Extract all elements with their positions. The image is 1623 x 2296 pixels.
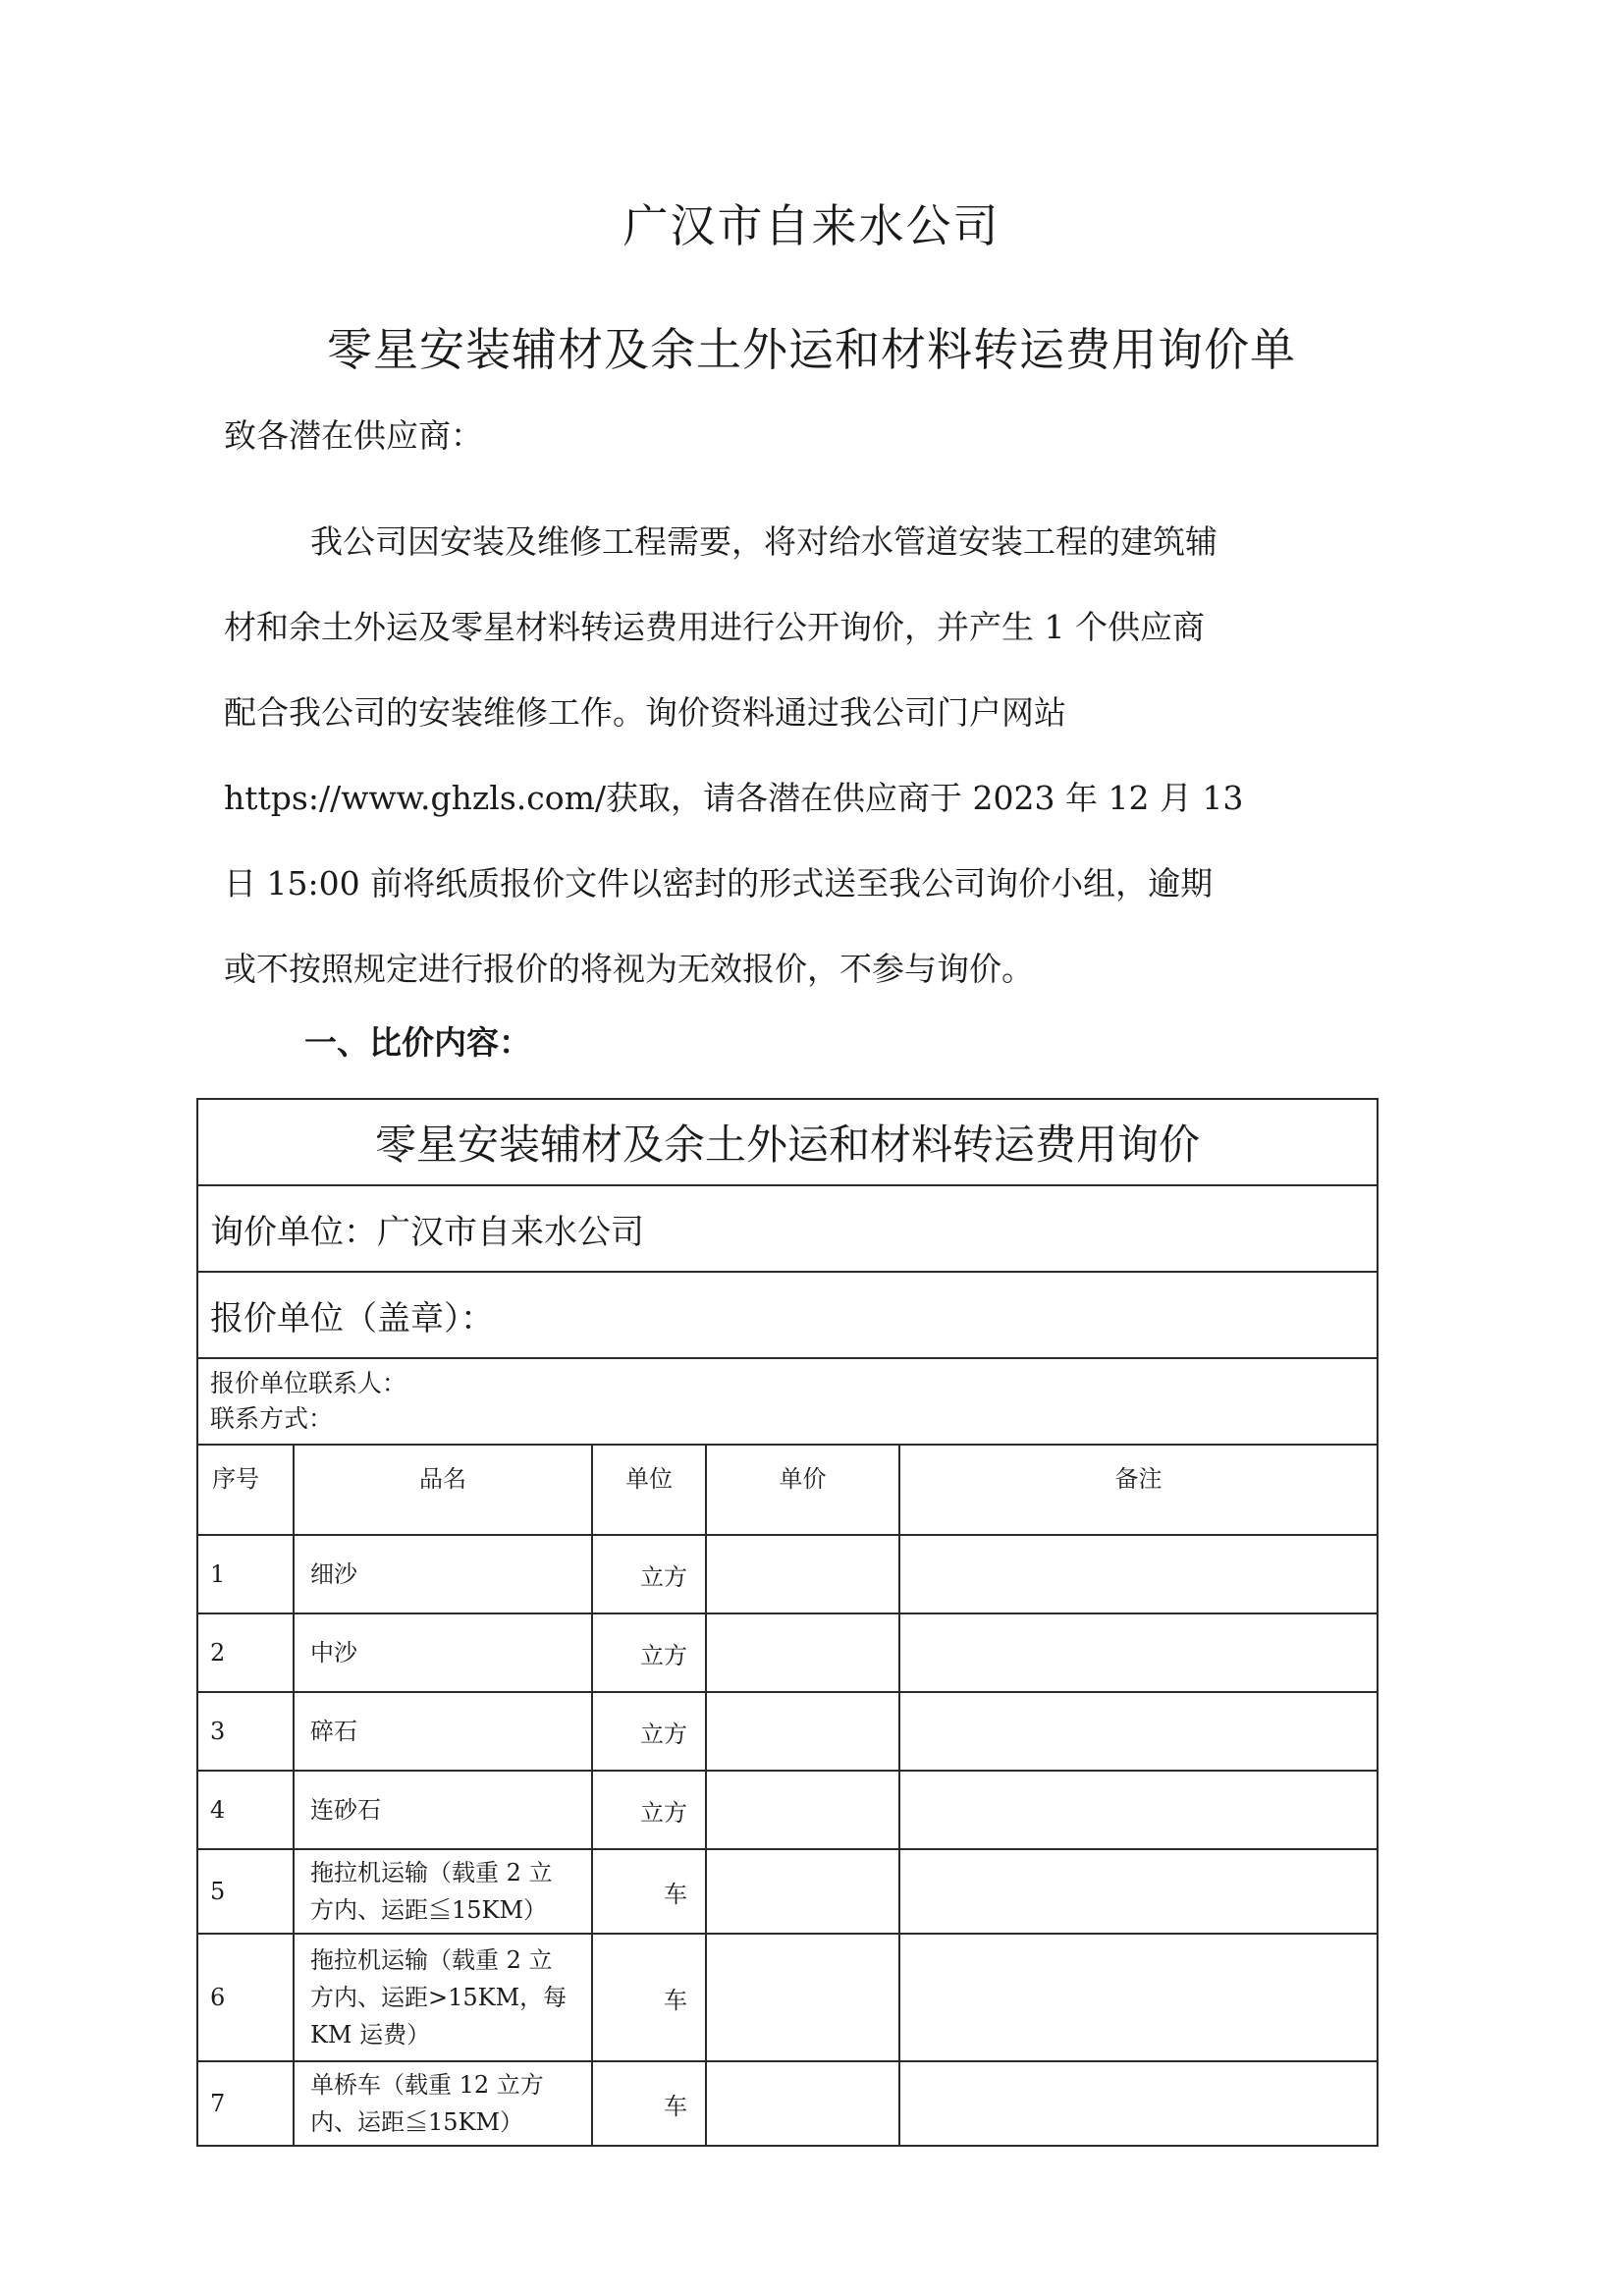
quote-unit-field[interactable]: 报价单位（盖章）： — [197, 1272, 1378, 1358]
item-name-line: 拖拉机运输（载重 2 立 — [310, 1941, 591, 1979]
table-row: 1 细沙 立方 — [197, 1535, 1378, 1613]
row-item-name: 单桥车（载重 12 立方 内、运距≦15KM） — [294, 2061, 592, 2146]
paragraph-line: 或不按照规定进行报价的将视为无效报价，不参与询价。 — [224, 926, 1373, 1011]
intro-paragraph: 我公司因安装及维修工程需要，将对给水管道安装工程的建筑辅 材和余土外运及零星材料… — [224, 499, 1373, 1011]
row-seq: 3 — [197, 1692, 294, 1771]
table-row: 6 拖拉机运输（载重 2 立 方内、运距>15KM，每 KM 运费） 车 — [197, 1934, 1378, 2061]
inquiry-unit-field: 询价单位：广汉市自来水公司 — [197, 1185, 1378, 1272]
item-name-line: 方内、运距≦15KM） — [310, 1891, 591, 1929]
row-price-cell[interactable] — [706, 1692, 899, 1771]
row-seq: 5 — [197, 1849, 294, 1934]
row-seq: 1 — [197, 1535, 294, 1613]
row-unit: 车 — [592, 2061, 706, 2146]
row-remark-cell[interactable] — [899, 2061, 1378, 2146]
row-unit: 立方 — [592, 1613, 706, 1692]
company-title: 广汉市自来水公司 — [0, 196, 1623, 255]
column-header-seq: 序号 — [197, 1445, 294, 1535]
item-name-line: 单桥车（载重 12 立方 — [310, 2066, 591, 2104]
paragraph-line: 日 15:00 前将纸质报价文件以密封的形式送至我公司询价小组，逾期 — [224, 841, 1373, 926]
column-header-unit: 单位 — [592, 1445, 706, 1535]
table-row: 3 碎石 立方 — [197, 1692, 1378, 1771]
document-title: 零星安装辅材及余土外运和材料转运费用询价单 — [0, 320, 1623, 379]
row-remark-cell[interactable] — [899, 1849, 1378, 1934]
table-row: 5 拖拉机运输（载重 2 立 方内、运距≦15KM） 车 — [197, 1849, 1378, 1934]
column-header-remark: 备注 — [899, 1445, 1378, 1535]
row-price-cell[interactable] — [706, 1849, 899, 1934]
row-unit: 车 — [592, 1934, 706, 2061]
form-caption: 零星安装辅材及余土外运和材料转运费用询价 — [197, 1099, 1378, 1185]
column-header-name: 品名 — [294, 1445, 592, 1535]
table-header-row: 序号 品名 单位 单价 备注 — [197, 1445, 1378, 1535]
row-seq: 2 — [197, 1613, 294, 1692]
document-page: 广汉市自来水公司 零星安装辅材及余土外运和材料转运费用询价单 致各潜在供应商： … — [0, 0, 1623, 2296]
row-seq: 7 — [197, 2061, 294, 2146]
row-item-name: 碎石 — [294, 1692, 592, 1771]
row-price-cell[interactable] — [706, 1771, 899, 1849]
paragraph-line: 我公司因安装及维修工程需要，将对给水管道安装工程的建筑辅 — [224, 499, 1373, 584]
row-price-cell[interactable] — [706, 2061, 899, 2146]
row-remark-cell[interactable] — [899, 1934, 1378, 2061]
row-seq: 4 — [197, 1771, 294, 1849]
inquiry-form-table: 零星安装辅材及余土外运和材料转运费用询价 询价单位：广汉市自来水公司 报价单位（… — [196, 1098, 1379, 2147]
row-remark-cell[interactable] — [899, 1771, 1378, 1849]
table-row: 2 中沙 立方 — [197, 1613, 1378, 1692]
row-seq: 6 — [197, 1934, 294, 2061]
row-unit: 立方 — [592, 1535, 706, 1613]
row-item-name: 连砂石 — [294, 1771, 592, 1849]
paragraph-line: 配合我公司的安装维修工作。询价资料通过我公司门户网站 — [224, 670, 1373, 755]
row-price-cell[interactable] — [706, 1934, 899, 2061]
row-unit: 立方 — [592, 1771, 706, 1849]
row-item-name: 中沙 — [294, 1613, 592, 1692]
salutation: 致各潜在供应商： — [224, 414, 483, 458]
row-remark-cell[interactable] — [899, 1692, 1378, 1771]
row-remark-cell[interactable] — [899, 1535, 1378, 1613]
contact-method-label: 联系方式： — [210, 1401, 1377, 1437]
table-row: 4 连砂石 立方 — [197, 1771, 1378, 1849]
item-name-line: 内、运距≦15KM） — [310, 2104, 591, 2141]
contact-field[interactable]: 报价单位联系人： 联系方式： — [197, 1358, 1378, 1445]
item-name-line: KM 运费） — [310, 2016, 591, 2053]
row-price-cell[interactable] — [706, 1535, 899, 1613]
column-header-price: 单价 — [706, 1445, 899, 1535]
contact-person-label: 报价单位联系人： — [210, 1366, 1377, 1401]
section-heading: 一、比价内容： — [304, 1021, 531, 1065]
paragraph-line-website: https://www.ghzls.com/获取，请各潜在供应商于 2023 年… — [224, 755, 1373, 841]
row-remark-cell[interactable] — [899, 1613, 1378, 1692]
row-unit: 立方 — [592, 1692, 706, 1771]
row-item-name: 细沙 — [294, 1535, 592, 1613]
item-name-line: 拖拉机运输（载重 2 立 — [310, 1854, 591, 1891]
item-name-line: 方内、运距>15KM，每 — [310, 1979, 591, 2016]
row-unit: 车 — [592, 1849, 706, 1934]
row-price-cell[interactable] — [706, 1613, 899, 1692]
table-row: 7 单桥车（载重 12 立方 内、运距≦15KM） 车 — [197, 2061, 1378, 2146]
row-item-name: 拖拉机运输（载重 2 立 方内、运距>15KM，每 KM 运费） — [294, 1934, 592, 2061]
paragraph-line: 材和余土外运及零星材料转运费用进行公开询价，并产生 1 个供应商 — [224, 584, 1373, 670]
row-item-name: 拖拉机运输（载重 2 立 方内、运距≦15KM） — [294, 1849, 592, 1934]
